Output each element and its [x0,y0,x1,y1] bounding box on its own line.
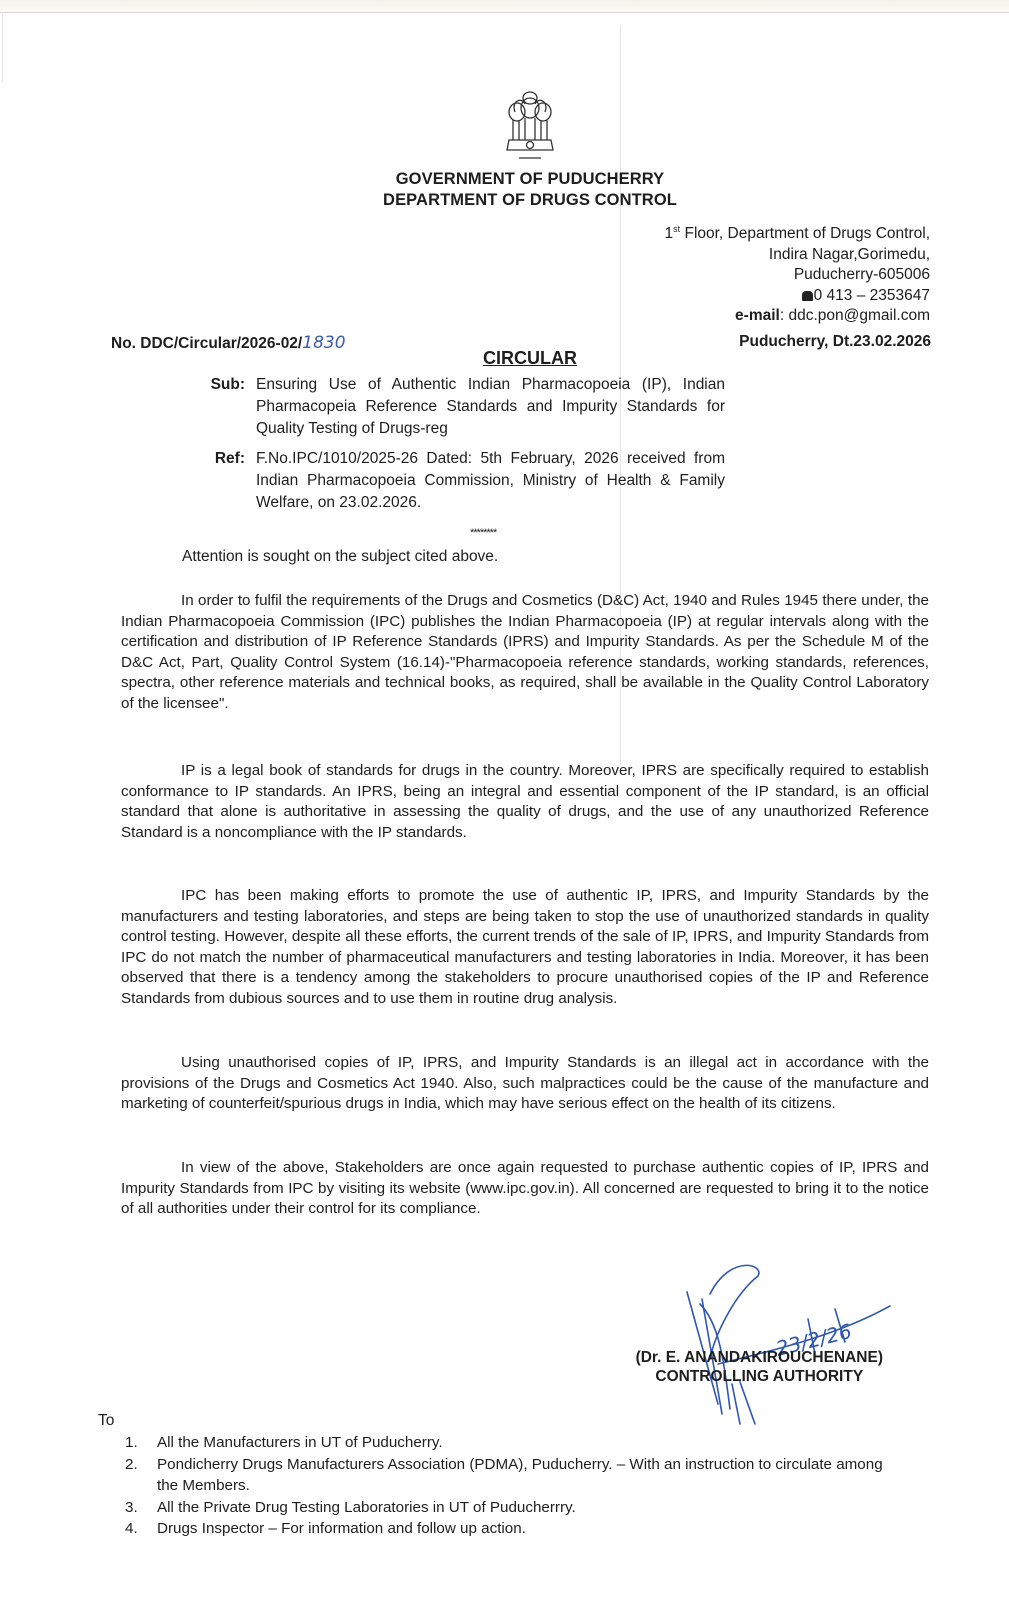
reference-block: Ref: F.No.IPC/1010/2025-26 Dated: 5th Fe… [190,448,725,514]
address-phone: 0 413 – 2353647 [665,286,930,307]
address-email: e-mail: ddc.pon@gmail.com [665,306,930,327]
body-paragraph-2: IP is a legal book of standards for drug… [121,761,929,843]
office-address: 1st Floor, Department of Drugs Control, … [665,219,930,327]
separator: ******** [470,527,496,539]
body-paragraph-1: In order to fulfil the requirements of t… [121,591,929,714]
reference-label: Ref: [190,448,245,470]
telephone-icon [802,291,813,301]
subject-block: Sub: Ensuring Use of Authentic Indian Ph… [190,374,725,440]
body-paragraph-3: IPC has been making efforts to promote t… [121,886,929,1009]
attention-line: Attention is sought on the subject cited… [182,548,498,566]
recipients-list: 1.All the Manufacturers in UT of Puduche… [125,1432,905,1540]
recipient-item: 4.Drugs Inspector – For information and … [125,1518,905,1540]
recipient-item: 1.All the Manufacturers in UT of Puduche… [125,1432,905,1454]
subject-text: Ensuring Use of Authentic Indian Pharmac… [256,374,725,440]
body-paragraph-4: Using unauthorised copies of IP, IPRS, a… [121,1053,929,1115]
department-heading: DEPARTMENT OF DRUGS CONTROL [0,191,1009,210]
state-emblem-icon [501,88,559,166]
scan-border [2,12,3,82]
address-line-2: Indira Nagar,Gorimedu, [665,245,930,266]
subject-label: Sub: [190,374,245,396]
reference-text: F.No.IPC/1010/2025-26 Dated: 5th Februar… [256,448,725,514]
recipient-item: 3.All the Private Drug Testing Laborator… [125,1497,905,1519]
signatory-name: (Dr. E. ANANDAKIROUCHENANE) [636,1348,883,1367]
signatory-block: (Dr. E. ANANDAKIROUCHENANE) CONTROLLING … [636,1348,883,1386]
address-line-3: Puducherry-605006 [665,265,930,286]
document-title: CIRCULAR [0,348,1009,369]
signatory-designation: CONTROLLING AUTHORITY [636,1367,883,1386]
address-floor-number: 1 [665,225,674,242]
scan-border [0,12,1009,13]
scan-top-edge [0,0,1009,12]
government-heading: GOVERNMENT OF PUDUCHERRY [0,170,1009,189]
body-paragraph-5: In view of the above, Stakeholders are o… [121,1158,929,1220]
recipient-item: 2.Pondicherry Drugs Manufacturers Associ… [125,1454,905,1497]
recipients-label: To [98,1412,114,1430]
